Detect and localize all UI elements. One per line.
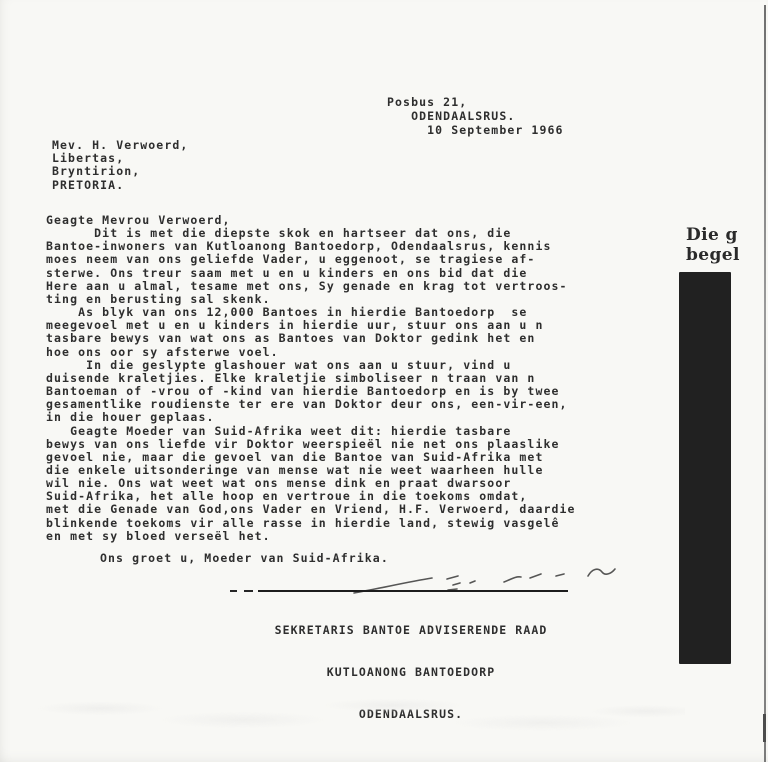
scan-noise-band xyxy=(35,688,685,746)
recipient-address-block: Mev. H. Verwoerd, Libertas, Bryntirion, … xyxy=(52,139,188,192)
signature-scrawl xyxy=(352,564,644,598)
sender-address-block: Posbus 21, ODENDAALSRUS. 10 September 19… xyxy=(387,95,564,138)
signature-line xyxy=(258,590,568,592)
page-edge-line xyxy=(764,5,766,762)
signature-dash-left xyxy=(230,590,237,592)
letter-page: Posbus 21, ODENDAALSRUS. 10 September 19… xyxy=(0,0,768,762)
closing-greeting: Ons groet u, Moeder van Suid-Afrika. xyxy=(100,552,389,565)
letter-body: Geagte Mevrou Verwoerd, Dit is met die d… xyxy=(46,214,576,543)
scan-black-bar xyxy=(679,272,731,664)
signoff-title: SEKRETARIS BANTOE ADVISERENDE RAAD xyxy=(250,623,572,637)
signoff-org: KUTLOANONG BANTOEDORP xyxy=(250,665,572,679)
page-edge-mark xyxy=(763,714,766,742)
adjacent-page-text: Die g begel xyxy=(686,226,740,265)
signature-dash-mid xyxy=(244,590,253,592)
